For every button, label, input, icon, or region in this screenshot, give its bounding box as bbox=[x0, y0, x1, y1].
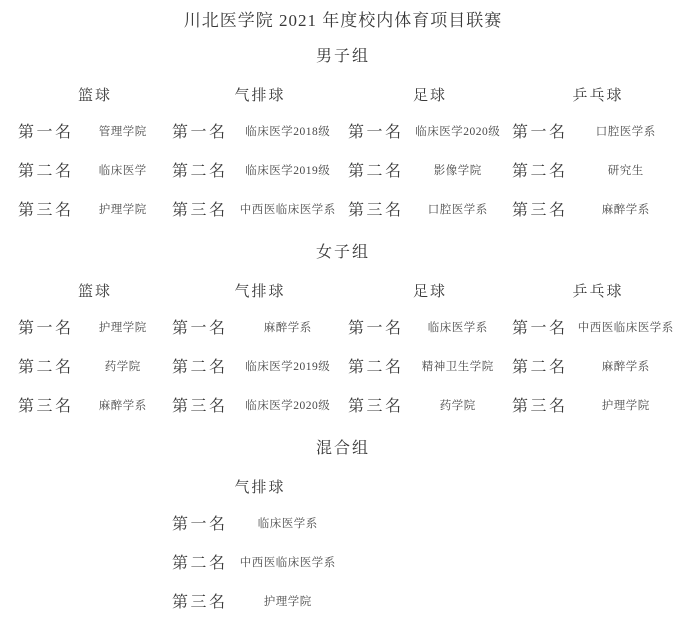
rank-label: 第二名 bbox=[18, 158, 74, 181]
group-heading-women: 女子组 bbox=[0, 243, 686, 263]
sport-column-football: 足球 第一名 临床医学2020级 第二名 影像学院 第三名 口腔医学系 bbox=[348, 81, 512, 228]
rank-label: 第三名 bbox=[172, 393, 228, 416]
sport-column-air-volleyball: 气排球 第一名 临床医学系 第二名 中西医临床医学系 第三名 护理学院 bbox=[172, 473, 348, 620]
rank-label: 第三名 bbox=[18, 393, 74, 416]
winner-name: 临床医学2020级 bbox=[404, 123, 512, 139]
result-row: 第一名 临床医学2020级 bbox=[348, 111, 512, 150]
result-row: 第二名 中西医临床医学系 bbox=[172, 542, 348, 581]
result-row: 第一名 临床医学2018级 bbox=[172, 111, 348, 150]
sport-header-football: 足球 bbox=[348, 81, 512, 111]
results-grid-mixed: 气排球 第一名 临床医学系 第二名 中西医临床医学系 第三名 护理学院 bbox=[0, 473, 686, 620]
result-row: 第一名 麻醉学系 bbox=[172, 307, 348, 346]
group-heading-men: 男子组 bbox=[0, 47, 686, 67]
result-row: 第一名 临床医学系 bbox=[172, 503, 348, 542]
rank-label: 第二名 bbox=[172, 354, 228, 377]
sport-column-table-tennis: 乒乓球 第一名 口腔医学系 第二名 研究生 第三名 麻醉学系 bbox=[512, 81, 684, 228]
result-row: 第三名 麻醉学系 bbox=[18, 385, 172, 424]
result-row: 第一名 临床医学系 bbox=[348, 307, 512, 346]
winner-name: 麻醉学系 bbox=[568, 201, 684, 217]
result-row: 第二名 临床医学 bbox=[18, 150, 172, 189]
winner-name: 麻醉学系 bbox=[74, 397, 172, 413]
sport-header-basketball: 篮球 bbox=[18, 277, 172, 307]
result-row: 第二名 临床医学2019级 bbox=[172, 346, 348, 385]
winner-name: 临床医学2019级 bbox=[228, 358, 348, 374]
rank-label: 第二名 bbox=[348, 158, 404, 181]
rank-label: 第一名 bbox=[18, 315, 74, 338]
rank-label: 第一名 bbox=[172, 315, 228, 338]
result-row: 第二名 影像学院 bbox=[348, 150, 512, 189]
rank-label: 第三名 bbox=[512, 197, 568, 220]
winner-name: 临床医学2020级 bbox=[228, 397, 348, 413]
rank-label: 第三名 bbox=[348, 197, 404, 220]
result-row: 第三名 中西医临床医学系 bbox=[172, 189, 348, 228]
result-row: 第三名 药学院 bbox=[348, 385, 512, 424]
winner-name: 中西医临床医学系 bbox=[228, 554, 348, 570]
document-page: 川北医学院 2021 年度校内体育项目联赛 男子组 篮球 第一名 管理学院 第二… bbox=[0, 0, 686, 627]
sport-header-air-volleyball: 气排球 bbox=[172, 473, 348, 503]
winner-name: 中西医临床医学系 bbox=[228, 201, 348, 217]
result-row: 第三名 护理学院 bbox=[512, 385, 684, 424]
winner-name: 临床医学2018级 bbox=[228, 123, 348, 139]
rank-label: 第二名 bbox=[172, 550, 228, 573]
rank-label: 第一名 bbox=[172, 511, 228, 534]
winner-name: 影像学院 bbox=[404, 162, 512, 178]
result-row: 第三名 护理学院 bbox=[172, 581, 348, 620]
rank-label: 第一名 bbox=[348, 119, 404, 142]
rank-label: 第三名 bbox=[512, 393, 568, 416]
winner-name: 护理学院 bbox=[228, 593, 348, 609]
sport-column-air-volleyball: 气排球 第一名 临床医学2018级 第二名 临床医学2019级 第三名 中西医临… bbox=[172, 81, 348, 228]
winner-name: 口腔医学系 bbox=[568, 123, 684, 139]
rank-label: 第二名 bbox=[512, 158, 568, 181]
sport-column-basketball: 篮球 第一名 管理学院 第二名 临床医学 第三名 护理学院 bbox=[18, 81, 172, 228]
winner-name: 护理学院 bbox=[74, 201, 172, 217]
rank-label: 第一名 bbox=[172, 119, 228, 142]
rank-label: 第三名 bbox=[172, 589, 228, 612]
winner-name: 研究生 bbox=[568, 162, 684, 178]
result-row: 第二名 精神卫生学院 bbox=[348, 346, 512, 385]
sport-header-air-volleyball: 气排球 bbox=[172, 277, 348, 307]
rank-label: 第一名 bbox=[512, 119, 568, 142]
rank-label: 第一名 bbox=[348, 315, 404, 338]
winner-name: 口腔医学系 bbox=[404, 201, 512, 217]
rank-label: 第二名 bbox=[512, 354, 568, 377]
rank-label: 第二名 bbox=[172, 158, 228, 181]
sport-header-football: 足球 bbox=[348, 277, 512, 307]
winner-name: 临床医学系 bbox=[404, 319, 512, 335]
winner-name: 麻醉学系 bbox=[228, 319, 348, 335]
winner-name: 管理学院 bbox=[74, 123, 172, 139]
sport-header-table-tennis: 乒乓球 bbox=[512, 81, 684, 111]
sport-column-basketball: 篮球 第一名 护理学院 第二名 药学院 第三名 麻醉学系 bbox=[18, 277, 172, 424]
results-grid-men: 篮球 第一名 管理学院 第二名 临床医学 第三名 护理学院 气排球 第一名 临床… bbox=[0, 81, 686, 228]
rank-label: 第一名 bbox=[512, 315, 568, 338]
winner-name: 临床医学 bbox=[74, 162, 172, 178]
rank-label: 第二名 bbox=[348, 354, 404, 377]
winner-name: 护理学院 bbox=[568, 397, 684, 413]
result-row: 第三名 口腔医学系 bbox=[348, 189, 512, 228]
rank-label: 第三名 bbox=[172, 197, 228, 220]
result-row: 第一名 口腔医学系 bbox=[512, 111, 684, 150]
result-row: 第二名 临床医学2019级 bbox=[172, 150, 348, 189]
result-row: 第一名 中西医临床医学系 bbox=[512, 307, 684, 346]
winner-name: 中西医临床医学系 bbox=[568, 319, 684, 335]
winner-name: 药学院 bbox=[404, 397, 512, 413]
result-row: 第三名 临床医学2020级 bbox=[172, 385, 348, 424]
result-row: 第一名 护理学院 bbox=[18, 307, 172, 346]
rank-label: 第一名 bbox=[18, 119, 74, 142]
sport-column-air-volleyball: 气排球 第一名 麻醉学系 第二名 临床医学2019级 第三名 临床医学2020级 bbox=[172, 277, 348, 424]
result-row: 第二名 麻醉学系 bbox=[512, 346, 684, 385]
winner-name: 药学院 bbox=[74, 358, 172, 374]
winner-name: 精神卫生学院 bbox=[404, 358, 512, 374]
sport-column-football: 足球 第一名 临床医学系 第二名 精神卫生学院 第三名 药学院 bbox=[348, 277, 512, 424]
result-row: 第二名 研究生 bbox=[512, 150, 684, 189]
rank-label: 第三名 bbox=[348, 393, 404, 416]
sport-column-table-tennis: 乒乓球 第一名 中西医临床医学系 第二名 麻醉学系 第三名 护理学院 bbox=[512, 277, 684, 424]
sport-header-table-tennis: 乒乓球 bbox=[512, 277, 684, 307]
result-row: 第三名 护理学院 bbox=[18, 189, 172, 228]
rank-label: 第三名 bbox=[18, 197, 74, 220]
winner-name: 临床医学2019级 bbox=[228, 162, 348, 178]
results-grid-women: 篮球 第一名 护理学院 第二名 药学院 第三名 麻醉学系 气排球 第一名 麻醉学… bbox=[0, 277, 686, 424]
result-row: 第一名 管理学院 bbox=[18, 111, 172, 150]
document-title: 川北医学院 2021 年度校内体育项目联赛 bbox=[0, 0, 686, 32]
rank-label: 第二名 bbox=[18, 354, 74, 377]
grid-spacer bbox=[18, 473, 172, 620]
sport-header-basketball: 篮球 bbox=[18, 81, 172, 111]
winner-name: 麻醉学系 bbox=[568, 358, 684, 374]
group-heading-mixed: 混合组 bbox=[0, 439, 686, 459]
winner-name: 护理学院 bbox=[74, 319, 172, 335]
winner-name: 临床医学系 bbox=[228, 515, 348, 531]
result-row: 第三名 麻醉学系 bbox=[512, 189, 684, 228]
sport-header-air-volleyball: 气排球 bbox=[172, 81, 348, 111]
result-row: 第二名 药学院 bbox=[18, 346, 172, 385]
